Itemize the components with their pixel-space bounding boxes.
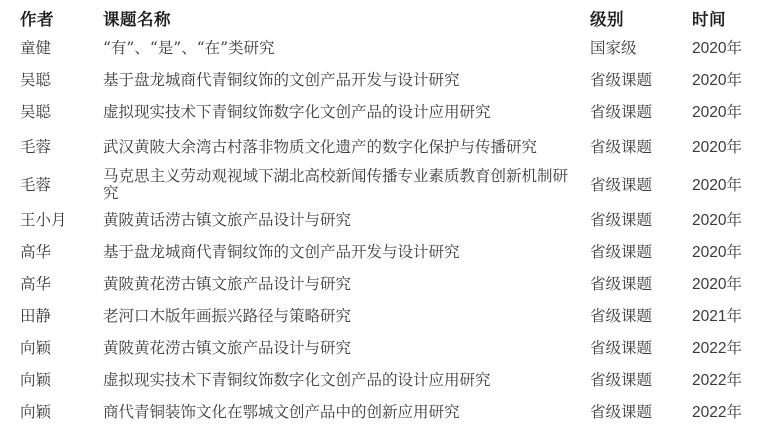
cell-year: 2020年: [686, 128, 756, 166]
cell-level: 省级课题: [584, 166, 686, 204]
cell-title: 虚拟现实技术下青铜纹饰数字化文创产品的设计应用研究: [97, 364, 584, 396]
cell-author: 王小月: [14, 204, 97, 236]
cell-level: 国家级: [584, 32, 686, 64]
table-row: 高华 基于盘龙城商代青铜纹饰的文创产品开发与设计研究 省级课题 2020年: [14, 236, 756, 268]
table-row: 向颖 黄陂黄花涝古镇文旅产品设计与研究 省级课题 2022年: [14, 332, 756, 364]
cell-year: 2020年: [686, 96, 756, 128]
cell-title: “有”、“是”、“在”类研究: [97, 32, 584, 64]
table-row: 高华 黄陂黄花涝古镇文旅产品设计与研究 省级课题 2020年: [14, 268, 756, 300]
header-author: 作者: [14, 4, 97, 32]
cell-title: 基于盘龙城商代青铜纹饰的文创产品开发与设计研究: [97, 64, 584, 96]
cell-year: 2022年: [686, 396, 756, 428]
cell-title: 黄陂黄花涝古镇文旅产品设计与研究: [97, 332, 584, 364]
cell-author: 毛蓉: [14, 128, 97, 166]
cell-author: 向颖: [14, 332, 97, 364]
table-row: 向颖 虚拟现实技术下青铜纹饰数字化文创产品的设计应用研究 省级课题 2022年: [14, 364, 756, 396]
cell-title: 武汉黄陂大余湾古村落非物质文化遗产的数字化保护与传播研究: [97, 128, 584, 166]
cell-author: 吴聪: [14, 64, 97, 96]
table-row: 毛蓉 武汉黄陂大余湾古村落非物质文化遗产的数字化保护与传播研究 省级课题 202…: [14, 128, 756, 166]
cell-year: 2020年: [686, 236, 756, 268]
cell-title: 黄陂黄花涝古镇文旅产品设计与研究: [97, 268, 584, 300]
header-year: 时间: [686, 4, 756, 32]
cell-title: 马克思主义劳动观视域下湖北高校新闻传播专业素质教育创新机制研究: [97, 166, 584, 204]
header-level: 级别: [584, 4, 686, 32]
cell-level: 省级课题: [584, 96, 686, 128]
cell-year: 2022年: [686, 332, 756, 364]
cell-level: 省级课题: [584, 204, 686, 236]
cell-author: 吴聪: [14, 96, 97, 128]
cell-author: 高华: [14, 236, 97, 268]
cell-level: 省级课题: [584, 128, 686, 166]
cell-title: 老河口木版年画振兴路径与策略研究: [97, 300, 584, 332]
cell-year: 2020年: [686, 64, 756, 96]
cell-year: 2020年: [686, 32, 756, 64]
table-body: 童健 “有”、“是”、“在”类研究 国家级 2020年 吴聪 基于盘龙城商代青铜…: [14, 32, 756, 428]
cell-title: 商代青铜装饰文化在鄂城文创产品中的创新应用研究: [97, 396, 584, 428]
table-row: 吴聪 虚拟现实技术下青铜纹饰数字化文创产品的设计应用研究 省级课题 2020年: [14, 96, 756, 128]
cell-author: 田静: [14, 300, 97, 332]
cell-title: 虚拟现实技术下青铜纹饰数字化文创产品的设计应用研究: [97, 96, 584, 128]
table-header: 作者 课题名称 级别 时间: [14, 4, 756, 32]
cell-author: 高华: [14, 268, 97, 300]
cell-year: 2022年: [686, 364, 756, 396]
table-row: 王小月 黄陂黄话涝古镇文旅产品设计与研究 省级课题 2020年: [14, 204, 756, 236]
cell-level: 省级课题: [584, 396, 686, 428]
cell-author: 毛蓉: [14, 166, 97, 204]
cell-level: 省级课题: [584, 268, 686, 300]
research-projects-table-container: 作者 课题名称 级别 时间 童健 “有”、“是”、“在”类研究 国家级 2020…: [0, 0, 764, 435]
table-row: 向颖 商代青铜装饰文化在鄂城文创产品中的创新应用研究 省级课题 2022年: [14, 396, 756, 428]
header-row: 作者 课题名称 级别 时间: [14, 4, 756, 32]
research-projects-table: 作者 课题名称 级别 时间 童健 “有”、“是”、“在”类研究 国家级 2020…: [14, 4, 756, 428]
cell-author: 童健: [14, 32, 97, 64]
cell-year: 2020年: [686, 166, 756, 204]
table-row: 毛蓉 马克思主义劳动观视域下湖北高校新闻传播专业素质教育创新机制研究 省级课题 …: [14, 166, 756, 204]
cell-year: 2020年: [686, 268, 756, 300]
cell-year: 2021年: [686, 300, 756, 332]
cell-author: 向颖: [14, 364, 97, 396]
table-row: 吴聪 基于盘龙城商代青铜纹饰的文创产品开发与设计研究 省级课题 2020年: [14, 64, 756, 96]
cell-level: 省级课题: [584, 332, 686, 364]
cell-level: 省级课题: [584, 364, 686, 396]
header-title: 课题名称: [97, 4, 584, 32]
cell-title: 黄陂黄话涝古镇文旅产品设计与研究: [97, 204, 584, 236]
table-row: 童健 “有”、“是”、“在”类研究 国家级 2020年: [14, 32, 756, 64]
cell-level: 省级课题: [584, 300, 686, 332]
cell-title: 基于盘龙城商代青铜纹饰的文创产品开发与设计研究: [97, 236, 584, 268]
cell-level: 省级课题: [584, 236, 686, 268]
cell-author: 向颖: [14, 396, 97, 428]
cell-level: 省级课题: [584, 64, 686, 96]
cell-year: 2020年: [686, 204, 756, 236]
table-row: 田静 老河口木版年画振兴路径与策略研究 省级课题 2021年: [14, 300, 756, 332]
